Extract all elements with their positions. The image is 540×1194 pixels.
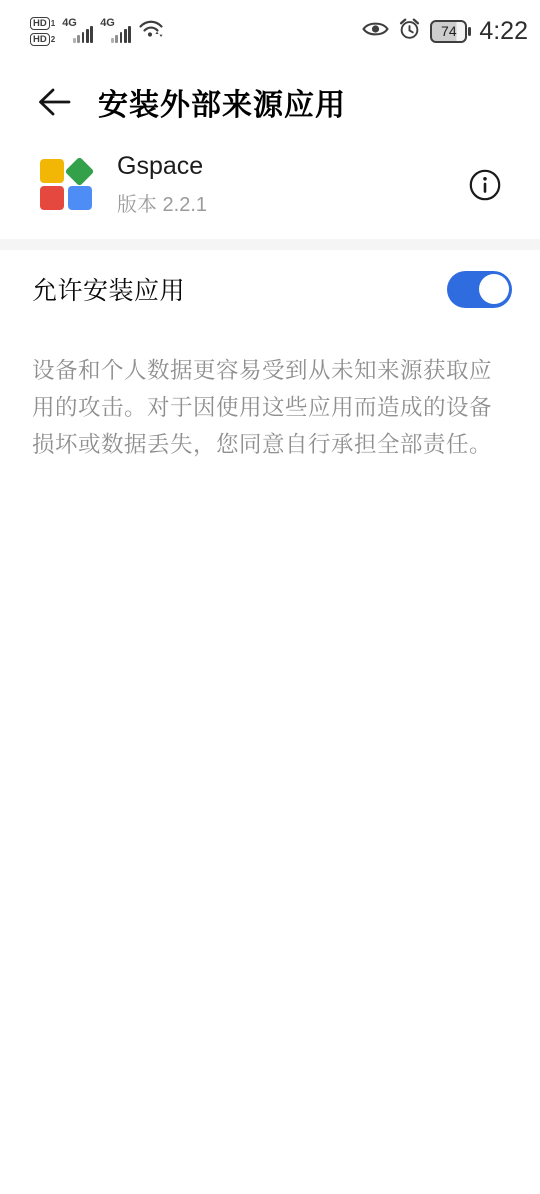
allow-install-toggle[interactable]: [447, 271, 512, 308]
icon-green-diamond: [65, 157, 95, 187]
app-row: Gspace 版本 2.2.1: [0, 124, 540, 217]
status-left-group: HD 1 HD 2 4G 4G: [30, 17, 164, 46]
back-button[interactable]: [36, 85, 72, 119]
icon-blue-square: [68, 186, 92, 210]
info-icon: [468, 168, 502, 202]
hd-badge-sim2: HD 2: [30, 33, 55, 46]
volte-hd-badges: HD 1 HD 2: [30, 17, 55, 46]
battery-icon: 74: [430, 20, 467, 43]
signal-sim1-icon: 4G: [62, 17, 93, 45]
eye-comfort-icon: [362, 20, 389, 43]
warning-text: 设备和个人数据更容易受到从未知来源获取应用的攻击。对于因使用这些应用而造成的设备…: [32, 352, 510, 463]
hd-icon: HD: [30, 33, 50, 46]
toggle-knob: [479, 274, 509, 304]
app-name: Gspace: [117, 152, 207, 181]
app-info-button[interactable]: [468, 168, 502, 202]
sim1-number: 1: [51, 19, 55, 28]
clock-time: 4:22: [479, 17, 528, 46]
signal-sim2-icon: 4G: [100, 17, 131, 45]
signal-bars-icon: [111, 26, 131, 43]
hd-badge-sim1: HD 1: [30, 17, 55, 30]
settings-screen: HD 1 HD 2 4G 4G: [0, 0, 540, 1194]
hd-icon: HD: [30, 17, 50, 30]
app-version: 版本 2.2.1: [117, 188, 207, 217]
gspace-app-icon: [40, 157, 95, 212]
back-arrow-icon: [36, 86, 72, 118]
wifi-icon: [138, 18, 164, 45]
alarm-icon: [398, 17, 421, 45]
status-bar: HD 1 HD 2 4G 4G: [0, 0, 540, 52]
allow-install-label: 允许安装应用: [32, 271, 185, 307]
status-right-group: 74 4:22: [362, 17, 528, 46]
icon-red-square: [40, 186, 64, 210]
battery-percent: 74: [441, 23, 457, 39]
page-title: 安装外部来源应用: [98, 80, 346, 124]
header: 安装外部来源应用: [0, 52, 540, 124]
signal-bars-icon: [73, 26, 93, 43]
app-text-block: Gspace 版本 2.2.1: [117, 152, 207, 217]
allow-install-row: 允许安装应用: [0, 250, 540, 328]
icon-yellow-square: [40, 159, 64, 183]
section-divider: [0, 239, 540, 250]
sim2-number: 2: [51, 35, 55, 44]
